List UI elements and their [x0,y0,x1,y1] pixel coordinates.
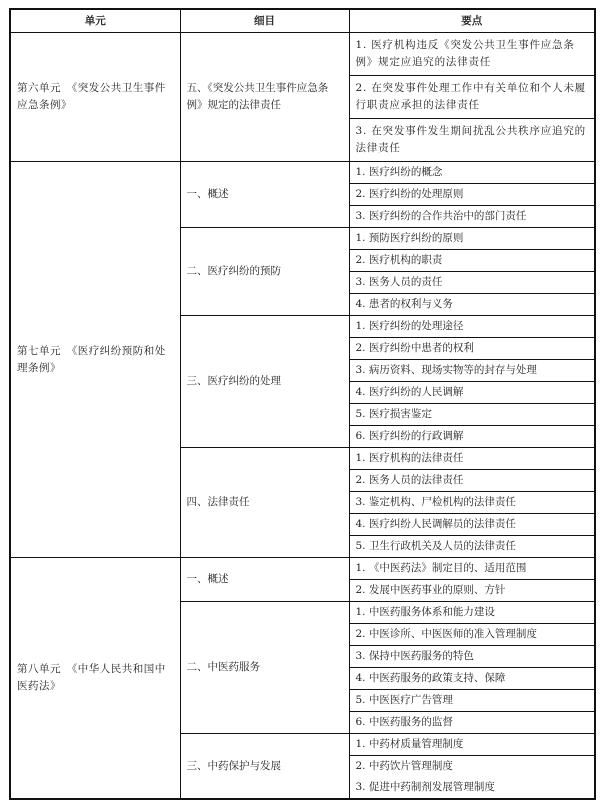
header-points: 要点 [349,9,595,33]
subject-cell: 三、中药保护与发展 [180,734,349,800]
subject-cell: 一、概述 [180,162,349,228]
point-cell: 4. 中医药服务的政策支持、保障 [349,668,595,690]
unit-cell: 第六单元 《突发公共卫生事件应急条例》 [10,33,180,162]
subject-cell: 五、《突发公共卫生事件应急条例》规定的法律责任 [180,33,349,162]
point-cell: 1. 中药材质量管理制度 [349,734,595,756]
unit-cell: 第七单元 《医疗纠纷预防和处理条例》 [10,162,180,558]
header-unit: 单元 [10,9,180,33]
point-cell: 2. 医疗机构的职责 [349,250,595,272]
point-cell: 3. 促进中药制剂发展管理制度 [349,777,595,799]
point-cell: 5. 中医医疗广告管理 [349,690,595,712]
point-cell: 2. 医疗纠纷中患者的权利 [349,338,595,360]
point-cell: 3. 鉴定机构、尸检机构的法律责任 [349,492,595,514]
subject-cell: 二、医疗纠纷的预防 [180,228,349,316]
subject-cell: 二、中医药服务 [180,602,349,734]
point-cell: 4. 医疗纠纷人民调解员的法律责任 [349,514,595,536]
point-cell: 1. 医疗纠纷的处理途径 [349,316,595,338]
header-row: 单元 细目 要点 [10,9,595,33]
point-cell: 5. 医疗损害鉴定 [349,404,595,426]
subject-cell: 一、概述 [180,558,349,602]
point-cell: 1. 医疗机构违反《突发公共卫生事件应急条例》规定应追究的法律责任 [349,33,595,76]
point-cell: 3. 病历资料、现场实物等的封存与处理 [349,360,595,382]
point-cell: 2. 中医诊所、中医医师的准入管理制度 [349,624,595,646]
point-cell: 2. 医务人员的法律责任 [349,470,595,492]
table-row: 第六单元 《突发公共卫生事件应急条例》 五、《突发公共卫生事件应急条例》规定的法… [10,33,595,76]
point-cell: 1. 医疗纠纷的概念 [349,162,595,184]
point-cell: 2. 在突发事件处理工作中有关单位和个人未履行职责应承担的法律责任 [349,76,595,119]
point-cell: 1. 医疗机构的法律责任 [349,448,595,470]
point-cell: 1. 中医药服务体系和能力建设 [349,602,595,624]
table-row: 第八单元 《中华人民共和国中医药法》 一、概述 1. 《中医药法》制定目的、适用… [10,558,595,580]
syllabus-table: 单元 细目 要点 第六单元 《突发公共卫生事件应急条例》 五、《突发公共卫生事件… [9,8,596,800]
point-cell: 2. 发展中医药事业的原则、方针 [349,580,595,602]
subject-cell: 三、医疗纠纷的处理 [180,316,349,448]
point-cell: 3. 医务人员的责任 [349,272,595,294]
table-row: 第七单元 《医疗纠纷预防和处理条例》 一、概述 1. 医疗纠纷的概念 [10,162,595,184]
subject-cell: 四、法律责任 [180,448,349,558]
point-cell: 6. 医疗纠纷的行政调解 [349,426,595,448]
point-cell: 5. 卫生行政机关及人员的法律责任 [349,536,595,558]
point-cell: 3. 医疗纠纷的合作共治中的部门责任 [349,206,595,228]
point-cell: 4. 医疗纠纷的人民调解 [349,382,595,404]
header-subject: 细目 [180,9,349,33]
point-cell: 1. 《中医药法》制定目的、适用范围 [349,558,595,580]
point-cell: 1. 预防医疗纠纷的原则 [349,228,595,250]
point-cell: 3. 在突发事件发生期间扰乱公共秩序应追究的法律责任 [349,119,595,162]
point-cell: 2. 医疗纠纷的处理原则 [349,184,595,206]
point-cell: 6. 中医药服务的监督 [349,712,595,734]
point-cell: 2. 中药饮片管理制度 [349,756,595,778]
unit-cell: 第八单元 《中华人民共和国中医药法》 [10,558,180,800]
point-cell: 3. 保持中医药服务的特色 [349,646,595,668]
point-cell: 4. 患者的权利与义务 [349,294,595,316]
